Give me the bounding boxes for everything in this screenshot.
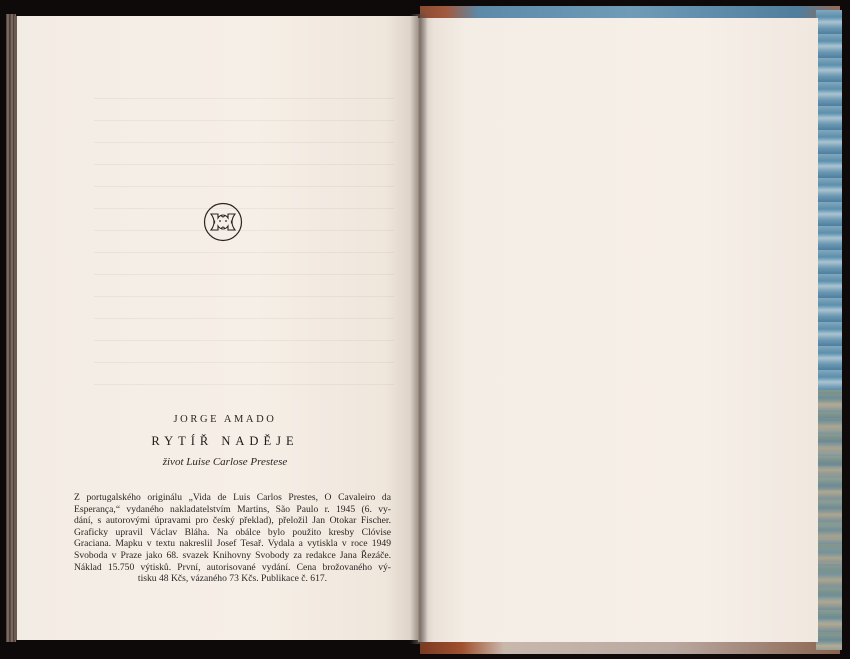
book-cover-right-edge bbox=[816, 10, 842, 650]
colophon-line: Esperança,“ vydaného nakladatelstvím Mar… bbox=[74, 504, 391, 516]
right-page-blank bbox=[418, 18, 818, 642]
book-author: JORGE AMADO bbox=[0, 414, 450, 425]
colophon-line: Graciana. Mapku v textu nakreslil Josef … bbox=[74, 538, 391, 550]
colophon-line: Svoboda v Praze jako 68. svazek Knihovny… bbox=[74, 550, 391, 562]
book-title: RYTÍŘ NADĚJE bbox=[0, 434, 450, 449]
open-book: JORGE AMADO RYTÍŘ NADĚJE život Luise Car… bbox=[0, 0, 850, 659]
colophon-line: tisku 48 Kčs, vázaného 73 Kčs. Publikace… bbox=[74, 573, 391, 585]
book-subtitle: život Luise Carlose Prestese bbox=[0, 456, 450, 468]
colophon-line: Náklad 15.750 výtisků. První, autorisova… bbox=[74, 562, 391, 574]
publisher-emblem-icon bbox=[203, 202, 243, 242]
colophon-line: dání, s autorovými úpravami pro český př… bbox=[74, 515, 391, 527]
show-through-text bbox=[94, 86, 394, 406]
colophon-text: Z portugalského originálu „Vida de Luis … bbox=[74, 492, 391, 585]
book-cover-bottom-edge bbox=[420, 640, 840, 654]
colophon-line: Graficky upravil Václav Bláha. Na obálce… bbox=[74, 527, 391, 539]
colophon-line: Z portugalského originálu „Vida de Luis … bbox=[74, 492, 391, 504]
book-gutter bbox=[410, 14, 428, 644]
